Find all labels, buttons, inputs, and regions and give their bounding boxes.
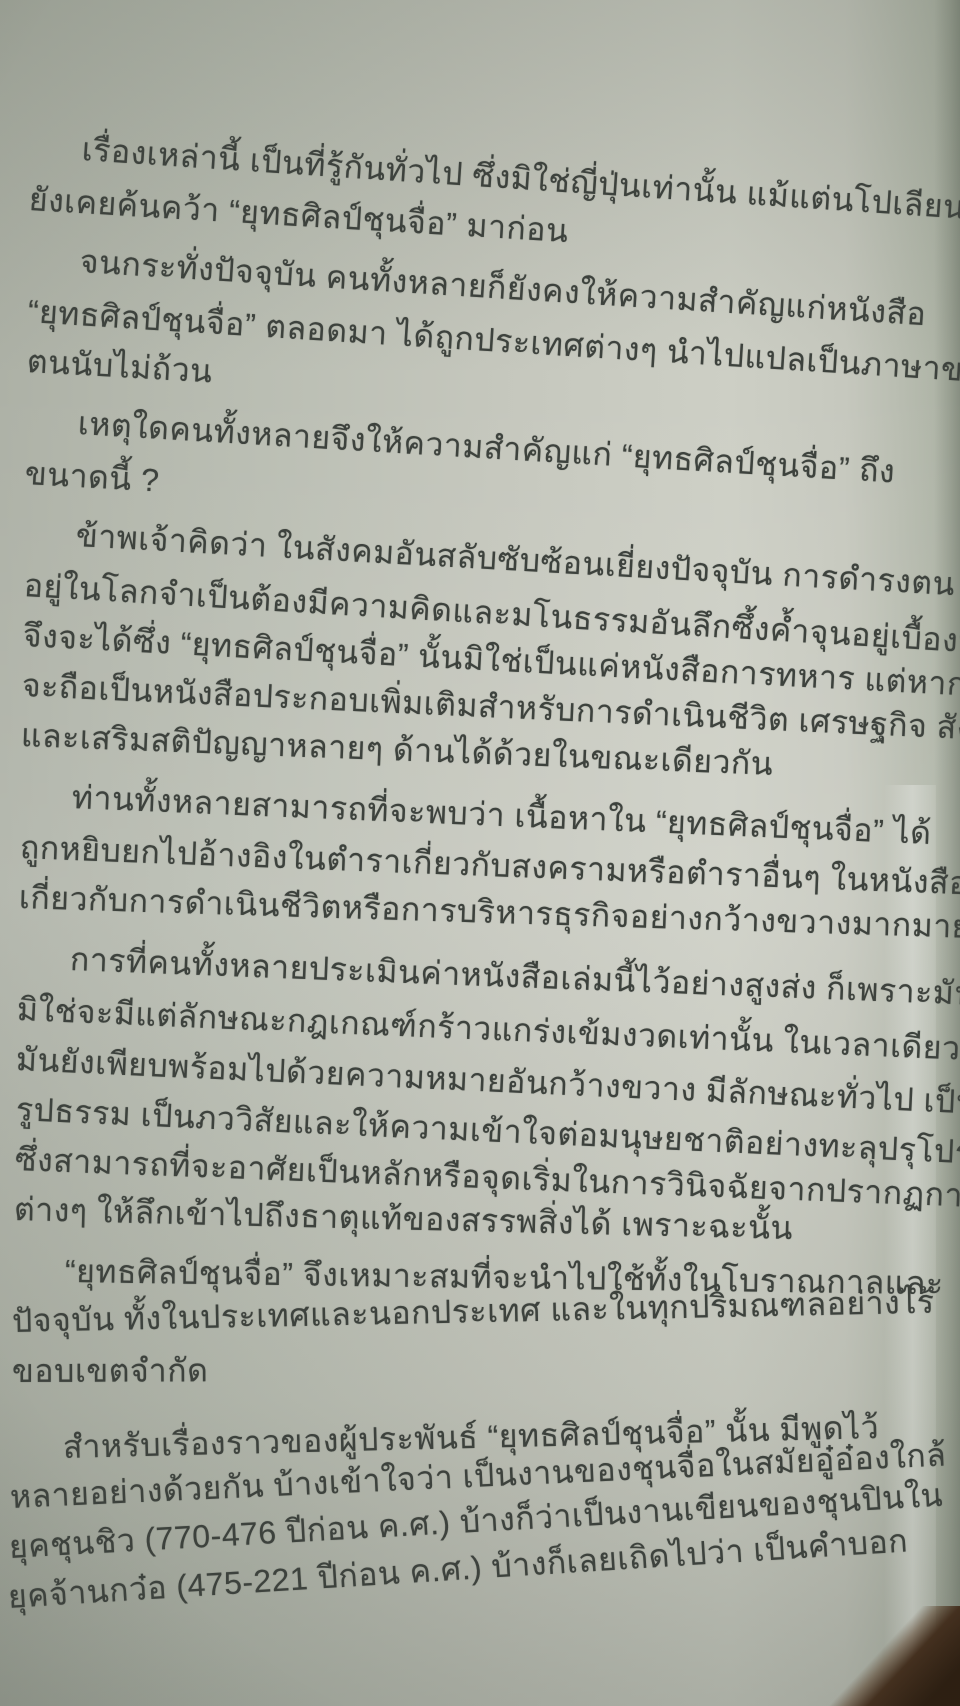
text-line: ขอบเขตจำกัด: [12, 1343, 960, 1396]
book-page-photo: เรื่องเหล่านี้ เป็นที่รู้กันทั่วไป ซึ่งม…: [0, 0, 960, 1706]
page-text: เรื่องเหล่านี้ เป็นที่รู้กันทั่วไป ซึ่งม…: [0, 112, 960, 1622]
